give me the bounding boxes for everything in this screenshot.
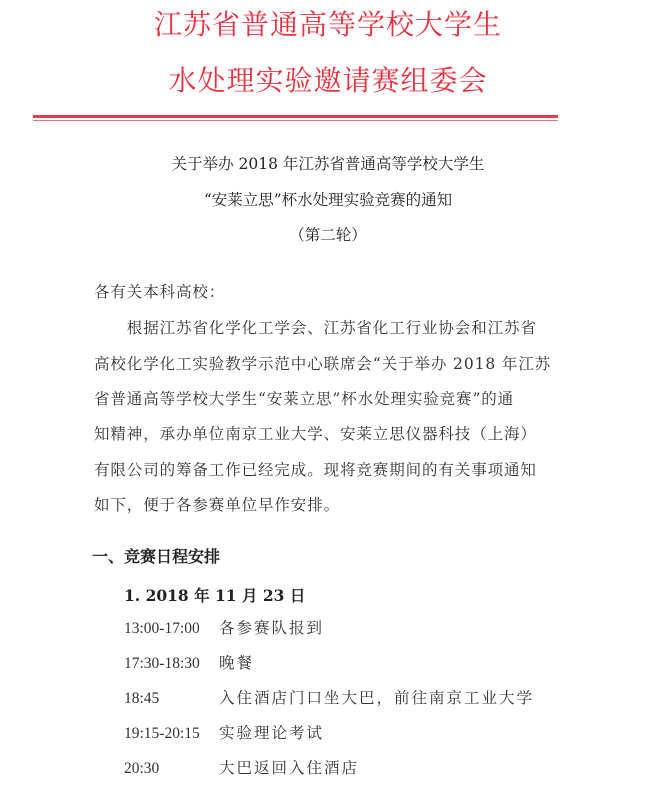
schedule-row: 19:15-20:15实验理论考试	[124, 723, 324, 744]
schedule-event: 晚餐	[219, 654, 254, 672]
schedule-time: 18:45	[124, 689, 219, 709]
organizer-title-line1: 江苏省普通高等学校大学生	[0, 8, 656, 42]
paragraph-line: 有限公司的筹备工作已经完成。现将竞赛期间的有关事项通知	[94, 460, 537, 480]
schedule-event: 大巴返回入住酒店	[219, 759, 359, 777]
schedule-time: 20:30	[124, 759, 219, 779]
paragraph-line: 知精神，承办单位南京工业大学、安莱立思仪器科技（上海）	[94, 424, 537, 444]
header-divider	[33, 115, 558, 121]
divider-thick-line	[33, 115, 558, 118]
paragraph-line: 高校化学化工实验教学示范中心联席会“关于举办 2018 年江苏	[94, 354, 551, 374]
paragraph-line: 省普通高等学校大学生“安莱立思”杯水处理实验竞赛”的通	[94, 389, 514, 409]
paragraph-line: 根据江苏省化学化工学会、江苏省化工行业协会和江苏省	[94, 318, 537, 338]
schedule-event: 实验理论考试	[219, 724, 324, 742]
schedule-time: 13:00-17:00	[124, 619, 219, 639]
schedule-time: 17:30-18:30	[124, 654, 219, 674]
divider-thin-line	[33, 120, 558, 121]
notice-title-round: （第二轮）	[0, 225, 656, 245]
day-heading: 1. 2018 年 11 月 23 日	[124, 584, 305, 606]
paragraph-line: 如下，便于各参赛单位早作安排。	[94, 495, 340, 515]
schedule-event: 各参赛队报到	[219, 619, 324, 637]
schedule-row: 17:30-18:30晚餐	[124, 653, 254, 674]
notice-title-line1: 关于举办 2018 年江苏省普通高等学校大学生	[0, 154, 656, 174]
schedule-row: 13:00-17:00各参赛队报到	[124, 618, 324, 639]
notice-title-line2: “安莱立思”杯水处理实验竞赛的通知	[0, 190, 656, 210]
schedule-event: 入住酒店门口坐大巴，前往南京工业大学	[219, 689, 534, 707]
salutation: 各有关本科高校：	[94, 282, 225, 302]
schedule-row: 18:45入住酒店门口坐大巴，前往南京工业大学	[124, 688, 534, 709]
schedule-row: 20:30大巴返回入住酒店	[124, 758, 359, 779]
schedule-time: 19:15-20:15	[124, 724, 219, 744]
section-heading-schedule: 一、竞赛日程安排	[92, 544, 220, 567]
organizer-title-line2: 水处理实验邀请赛组委会	[0, 64, 656, 98]
